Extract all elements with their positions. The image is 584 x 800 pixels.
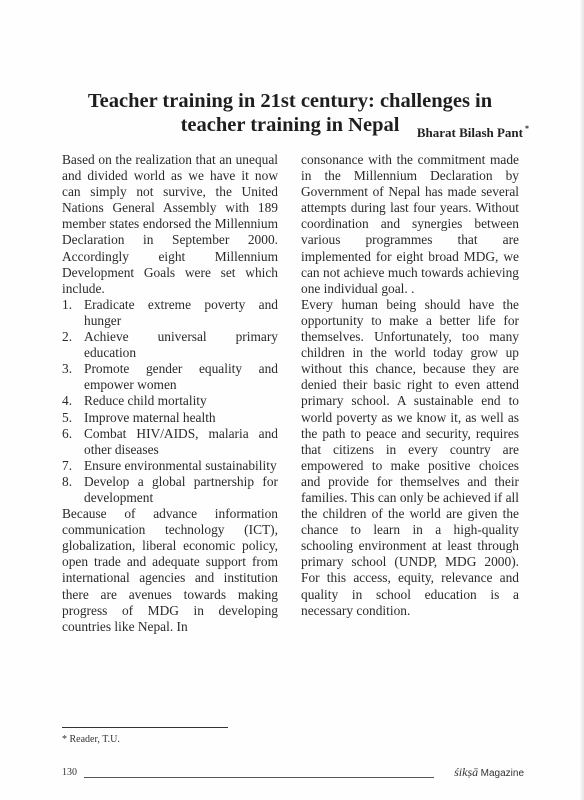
- list-item: 1.Eradicate extreme poverty and hunger: [62, 297, 278, 329]
- list-item-number: 1.: [62, 297, 72, 313]
- list-item-text: Ensure environmental sustainability: [84, 458, 277, 473]
- left-column: Based on the realization that an unequal…: [62, 152, 278, 635]
- list-item: 4.Reduce child mortality: [62, 393, 278, 409]
- human-being-paragraph: Every human being should have the opport…: [301, 297, 519, 619]
- list-item-text: Improve maternal health: [84, 410, 216, 425]
- scan-edge-shadow: [580, 0, 584, 800]
- mdg-goals-list: 1.Eradicate extreme poverty and hunger 2…: [62, 297, 278, 506]
- page-number: 130: [62, 767, 77, 778]
- list-item-number: 8.: [62, 474, 72, 490]
- list-item-number: 3.: [62, 361, 72, 377]
- consonance-paragraph: consonance with the commitment made in t…: [301, 152, 519, 297]
- list-item: 2.Achieve universal primary education: [62, 329, 278, 361]
- list-item: 8.Develop a global partnership for devel…: [62, 474, 278, 506]
- author-footnote-marker: *: [525, 124, 529, 133]
- list-item-text: Promote gender equality and empower wome…: [84, 361, 278, 392]
- list-item-text: Combat HIV/AIDS, malaria and other disea…: [84, 426, 278, 457]
- list-item-number: 5.: [62, 410, 72, 426]
- list-item: 7.Ensure environmental sustainability: [62, 458, 278, 474]
- list-item: 6.Combat HIV/AIDS, malaria and other dis…: [62, 426, 278, 458]
- title-line-1: Teacher training in 21st century: challe…: [40, 89, 540, 113]
- list-item-number: 7.: [62, 458, 72, 474]
- list-item-number: 6.: [62, 426, 72, 442]
- right-column: consonance with the commitment made in t…: [301, 152, 519, 619]
- list-item: 3.Promote gender equality and empower wo…: [62, 361, 278, 393]
- footer-rule: [84, 777, 434, 778]
- list-item-text: Achieve universal primary education: [84, 329, 278, 360]
- author-name: Bharat Bilash Pant: [417, 125, 523, 140]
- footnote-divider: [62, 727, 228, 728]
- list-item-number: 4.: [62, 393, 72, 409]
- footnote: * Reader, T.U.: [62, 734, 120, 745]
- intro-paragraph: Based on the realization that an unequal…: [62, 152, 278, 297]
- page-footer: 130 śikṣā Magazine: [62, 767, 524, 781]
- author-byline: Bharat Bilash Pant*: [417, 124, 529, 141]
- list-item-number: 2.: [62, 329, 72, 345]
- magazine-suffix: Magazine: [481, 768, 524, 779]
- list-item: 5.Improve maternal health: [62, 410, 278, 426]
- list-item-text: Reduce child mortality: [84, 393, 207, 408]
- magazine-name: śikṣā Magazine: [454, 765, 524, 780]
- list-item-text: Eradicate extreme poverty and hunger: [84, 297, 278, 328]
- document-page: Teacher training in 21st century: challe…: [0, 0, 584, 800]
- continuation-paragraph: Because of advance information communica…: [62, 506, 278, 635]
- magazine-title: śikṣā: [454, 765, 478, 779]
- list-item-text: Develop a global partnership for develop…: [84, 474, 278, 505]
